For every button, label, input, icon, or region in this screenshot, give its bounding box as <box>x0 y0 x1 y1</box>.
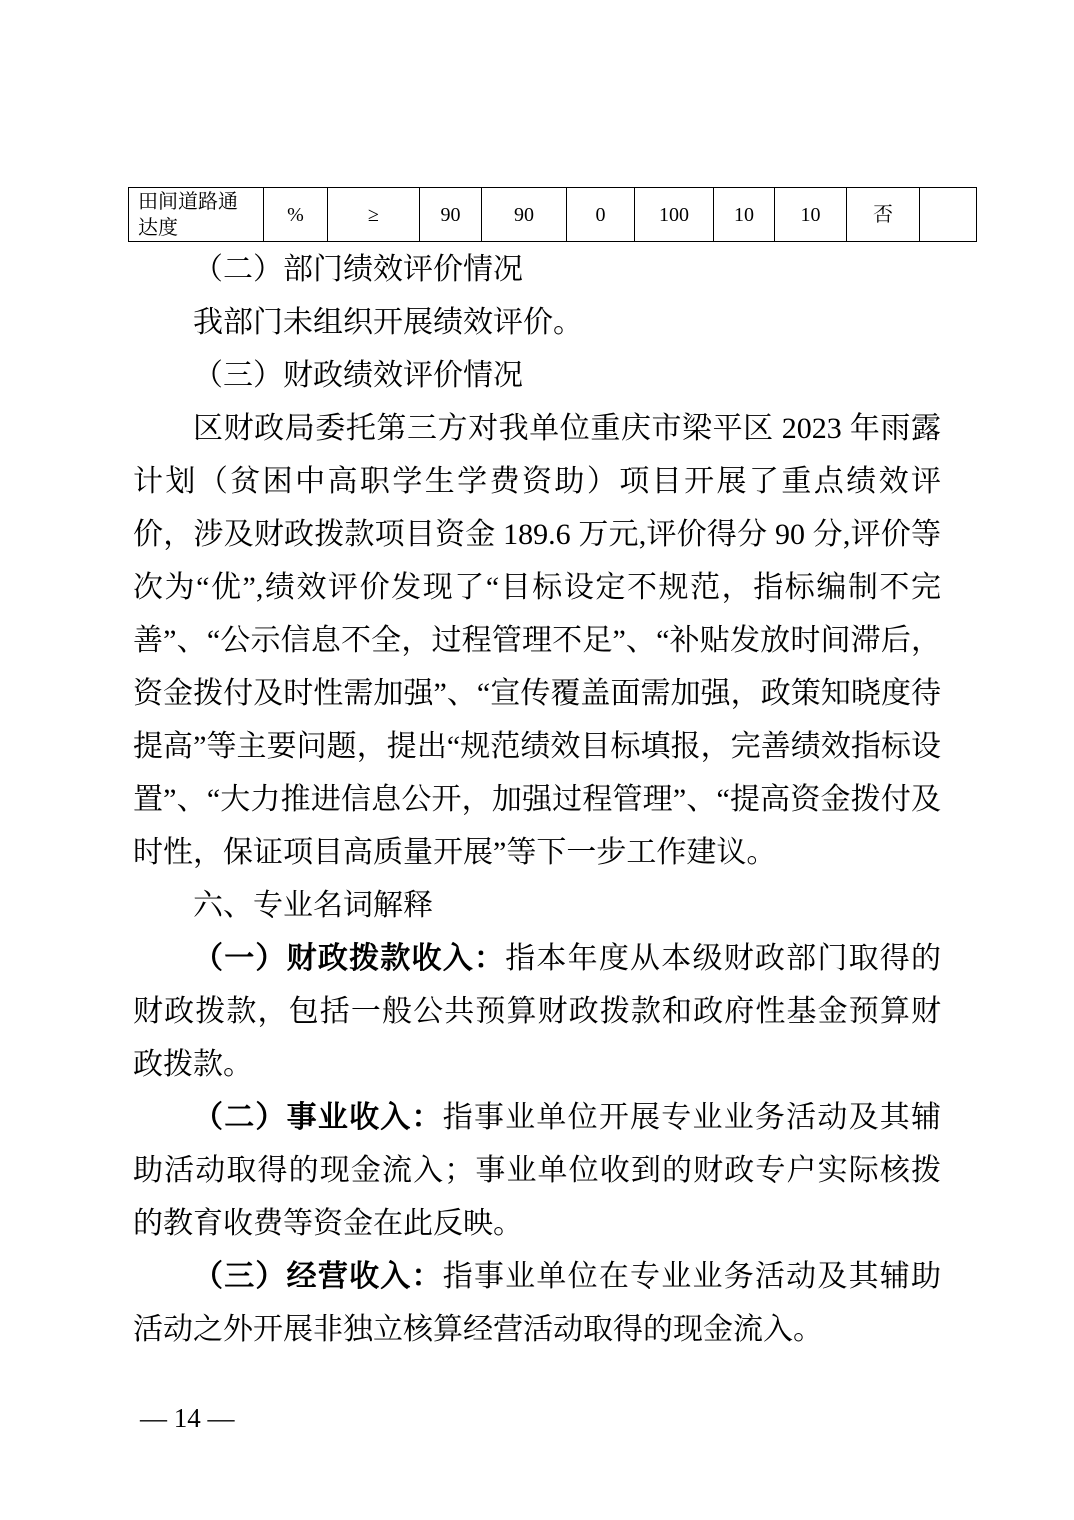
table-cell-score: 10 <box>775 188 847 242</box>
table-cell-target: 90 <box>420 188 482 242</box>
para-no-evaluation: 我部门未组织开展绩效评价。 <box>133 296 941 349</box>
table-cell-indicator-name: 田间道路通达度 <box>129 188 264 242</box>
term-lead: （二）事业收入： <box>193 1101 443 1134</box>
para-term-institution-income: （二）事业收入：指事业单位开展专业业务活动及其辅助活动取得的现金流入；事业单位收… <box>133 1091 941 1250</box>
para-term-operating-income: （三）经营收入：指事业单位在专业业务活动及其辅助活动之外开展非独立核算经营活动取… <box>133 1250 941 1356</box>
table-cell-deviation: 0 <box>567 188 635 242</box>
indicator-table: 田间道路通达度 % ≥ 90 90 0 100 10 10 否 <box>128 187 977 242</box>
document-page: 田间道路通达度 % ≥ 90 90 0 100 10 10 否 （二）部门绩效评… <box>0 0 1074 1520</box>
heading-terms: 六、专业名词解释 <box>133 879 941 932</box>
table-cell-unit: % <box>264 188 328 242</box>
table-row: 田间道路通达度 % ≥ 90 90 0 100 10 10 否 <box>129 188 977 242</box>
para-fiscal-evaluation: 区财政局委托第三方对我单位重庆市梁平区 2023 年雨露计划（贫困中高职学生学费… <box>133 402 941 879</box>
heading-fiscal-evaluation: （三）财政绩效评价情况 <box>133 349 941 402</box>
table-cell-rate: 100 <box>635 188 714 242</box>
term-lead: （一）财政拨款收入： <box>193 942 505 975</box>
document-body: （二）部门绩效评价情况 我部门未组织开展绩效评价。 （三）财政绩效评价情况 区财… <box>133 243 941 1356</box>
table-cell-flag: 否 <box>847 188 920 242</box>
table-cell-direction: ≥ <box>328 188 420 242</box>
para-term-fiscal-appropriation: （一）财政拨款收入：指本年度从本级财政部门取得的财政拨款，包括一般公共预算财政拨… <box>133 932 941 1091</box>
term-lead: （三）经营收入： <box>193 1260 443 1293</box>
table-cell-empty <box>920 188 977 242</box>
table-cell-actual: 90 <box>482 188 567 242</box>
page-number: — 14 — <box>140 1398 235 1438</box>
table-cell-weight: 10 <box>714 188 775 242</box>
heading-dept-evaluation: （二）部门绩效评价情况 <box>133 243 941 296</box>
